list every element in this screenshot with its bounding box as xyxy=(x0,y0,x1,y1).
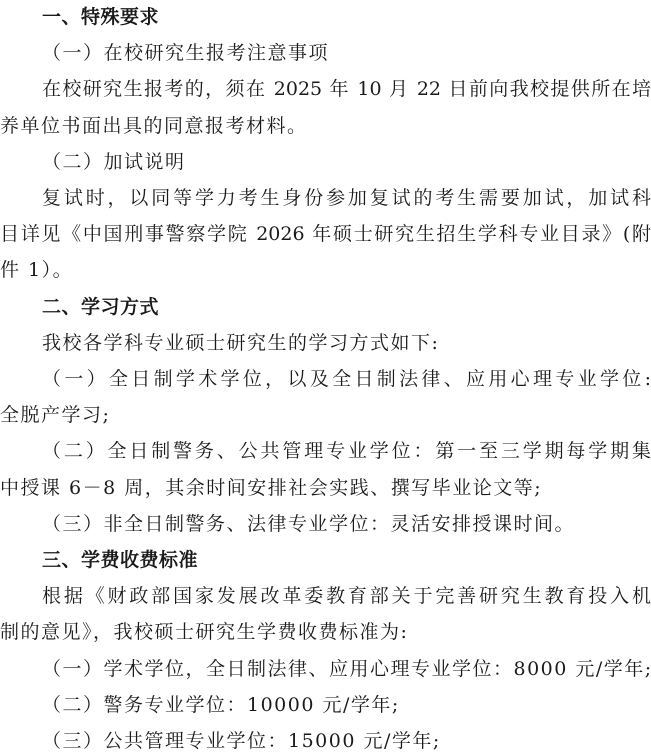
list-item-line: （二）全日制警务、公共管理专业学位：第一至三学期每学期集 xyxy=(42,438,651,464)
subsection-title-extra-exam: （二）加试说明 xyxy=(42,149,186,175)
paragraph-line: 养单位书面出具的同意报考材料。 xyxy=(0,113,308,139)
section-heading-special-requirements: 一、特殊要求 xyxy=(42,4,159,30)
list-item-line: （三）非全日制警务、法律专业学位：灵活安排授课时间。 xyxy=(42,511,575,537)
fee-item: （二）警务专业学位：10000 元/学年; xyxy=(42,692,400,718)
paragraph-line: 我校各学科专业硕士研究生的学习方式如下: xyxy=(42,330,439,356)
fee-item: （三）公共管理专业学位：15000 元/学年; xyxy=(42,728,441,754)
list-item-line: 中授课 6－8 周，其余时间安排社会实践、撰写毕业论文等; xyxy=(0,475,542,501)
fee-item: （一）学术学位，全日制法律、应用心理专业学位：8000 元/学年; xyxy=(42,656,651,682)
section-heading-study-mode: 二、学习方式 xyxy=(42,294,159,320)
section-heading-tuition: 三、学费收费标准 xyxy=(42,547,198,573)
paragraph-line: 制的意见》，我校硕士研究生学费收费标准为: xyxy=(0,619,408,645)
list-item-line: 全脱产学习; xyxy=(0,402,110,428)
subsection-title-enrolled-students: （一）在校研究生报考注意事项 xyxy=(42,40,329,66)
paragraph-line: 在校研究生报考的，须在 2025 年 10 月 22 日前向我校提供所在培 xyxy=(42,76,651,102)
list-item-line: （一）全日制学术学位，以及全日制法律、应用心理专业学位: xyxy=(42,366,651,392)
paragraph-line: 复试时，以同等学力考生身份参加复试的考生需要加试，加试科 xyxy=(42,185,651,211)
paragraph-line: 件 1）。 xyxy=(0,257,73,283)
paragraph-line: 目详见《中国刑事警察学院 2026 年硕士研究生招生学科专业目录》(附 xyxy=(0,221,651,247)
paragraph-line: 根据《财政部国家发展改革委教育部关于完善研究生教育投入机 xyxy=(42,583,651,609)
